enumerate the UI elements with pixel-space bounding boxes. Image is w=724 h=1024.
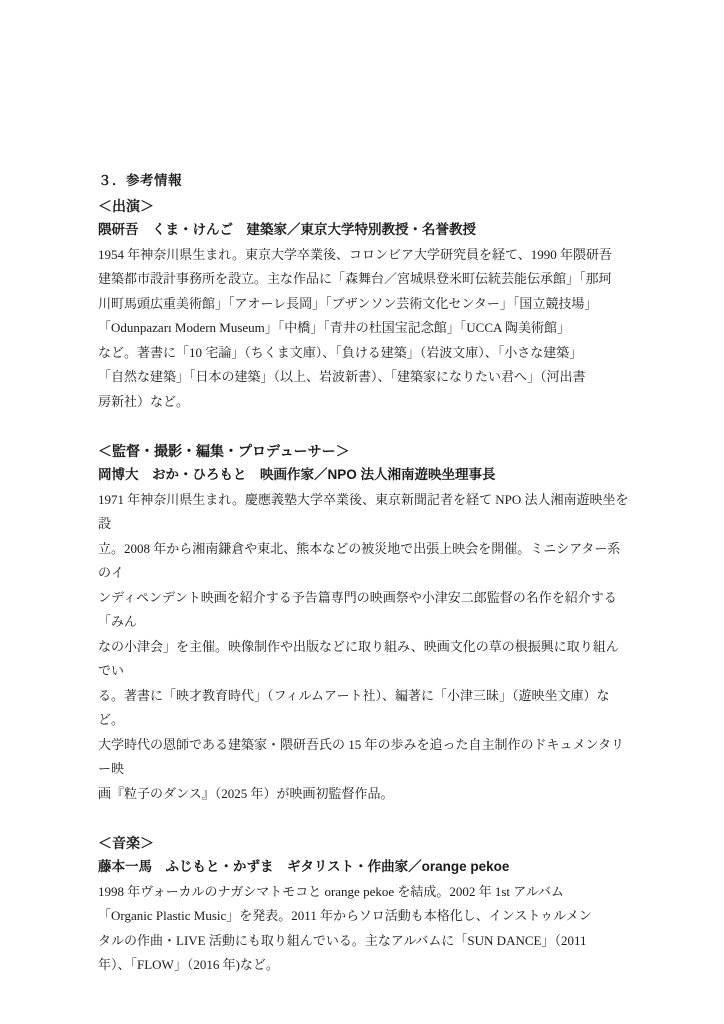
section-heading-music: ＜音楽＞ xyxy=(98,831,630,856)
person-name-fujimoto: 藤本一馬 ふじもと・かずま ギタリスト・作曲家／orange pekoe xyxy=(98,855,630,880)
person-bio-fujimoto: 1998 年ヴォーカルのナガシマトモコと orange pekoe を結成。20… xyxy=(98,880,630,978)
section-director: ＜監督・撮影・編集・プロデューサー＞ 岡博大 おか・ひろもと 映画作家／NPO … xyxy=(98,439,630,807)
page-title: ３．参考情報 xyxy=(98,169,630,194)
person-name-kuma: 隈研吾 くま・けんご 建築家／東京大学特別教授・名誉教授 xyxy=(98,218,630,243)
section-heading-director: ＜監督・撮影・編集・プロデューサー＞ xyxy=(98,439,630,464)
document-page: ３．参考情報 ＜出演＞ 隈研吾 くま・けんご 建築家／東京大学特別教授・名誉教授… xyxy=(0,0,724,1024)
person-name-oka: 岡博大 おか・ひろもと 映画作家／NPO 法人湘南遊映坐理事長 xyxy=(98,463,630,488)
person-bio-kuma: 1954 年神奈川県生まれ。東京大学卒業後、コロンビア大学研究員を経て、1990… xyxy=(98,243,630,415)
section-heading-cast: ＜出演＞ xyxy=(98,194,630,219)
section-music: ＜音楽＞ 藤本一馬 ふじもと・かずま ギタリスト・作曲家／orange peko… xyxy=(98,831,630,978)
document-content: ３．参考情報 ＜出演＞ 隈研吾 くま・けんご 建築家／東京大学特別教授・名誉教授… xyxy=(98,169,630,978)
person-bio-oka: 1971 年神奈川県生まれ。慶應義塾大学卒業後、東京新聞記者を経て NPO 法人… xyxy=(98,488,630,807)
section-cast: ＜出演＞ 隈研吾 くま・けんご 建築家／東京大学特別教授・名誉教授 1954 年… xyxy=(98,194,630,415)
